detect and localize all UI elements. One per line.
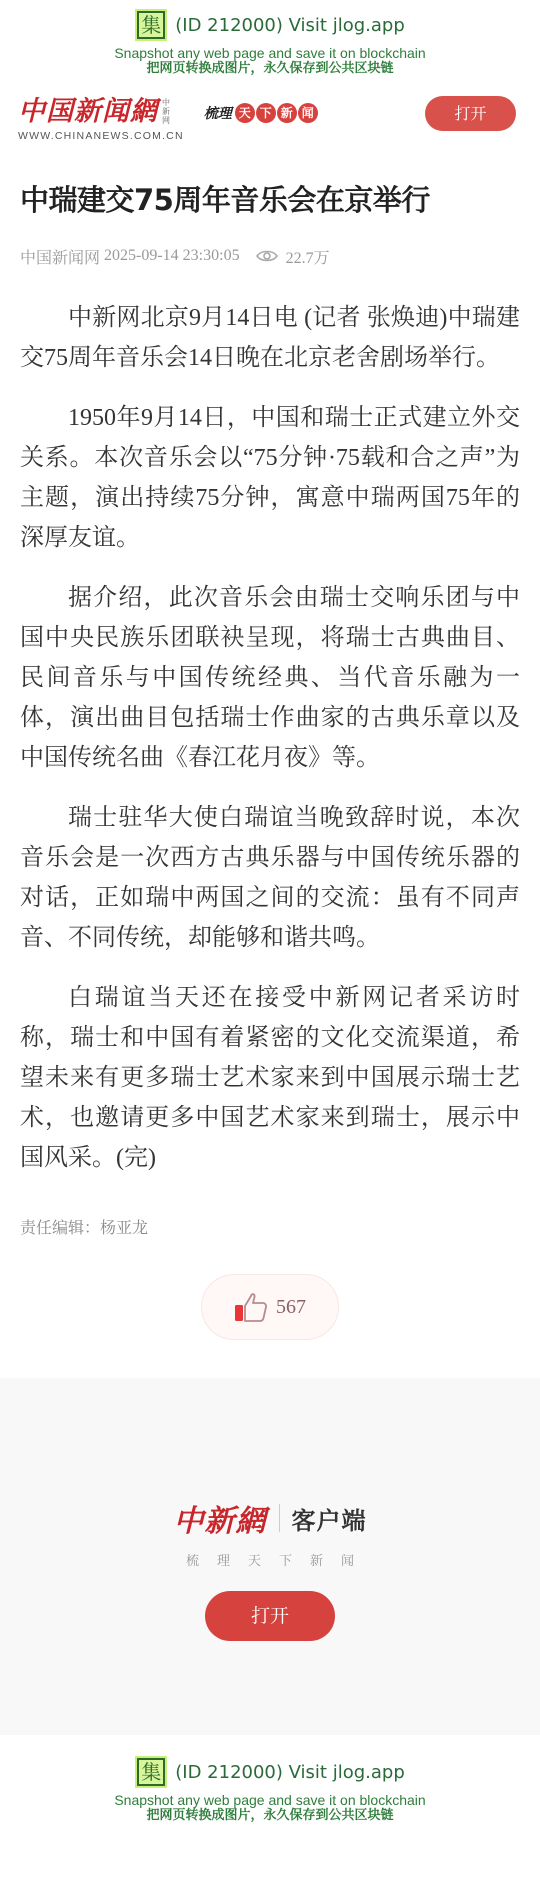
jlog-subtitle-zh: 把网页转换成图片，永久保存到公共区块链: [0, 61, 540, 77]
like-count: 567: [276, 1296, 306, 1319]
open-app-button-header[interactable]: 打开: [425, 96, 516, 131]
jlog-subtitle-en: Snapshot any web page and save it on blo…: [0, 46, 540, 61]
responsible-editor: 责任编辑：杨亚龙: [20, 1216, 520, 1240]
like-button[interactable]: 567: [201, 1274, 339, 1340]
promo-slogan: 梳理天下新闻: [168, 1550, 372, 1569]
article-paragraph: 白瑞谊当天还在接受中新网记者采访时称，瑞士和中国有着紧密的文化交流渠道，希望未来…: [20, 978, 520, 1178]
promo-client-label: 客户端: [292, 1501, 367, 1536]
jlog-subtitle-en: Snapshot any web page and save it on blo…: [0, 1793, 540, 1808]
article-paragraph: 瑞士驻华大使白瑞谊当晚致辞时说，本次音乐会是一次西方古典乐器与中国传统乐器的对话…: [20, 798, 520, 958]
article-source: 中国新闻网: [20, 245, 100, 268]
open-app-button-promo[interactable]: 打开: [205, 1591, 335, 1641]
logo-vertical-text: 中新网: [162, 98, 172, 125]
logo-text: 中国新闻網: [18, 96, 158, 128]
eye-icon: [256, 249, 278, 263]
jlog-title-link[interactable]: (ID 212000) Visit jlog.app: [175, 1762, 405, 1783]
app-promo-logo: 中新網 客户端: [174, 1496, 367, 1540]
jlog-title-link[interactable]: (ID 212000) Visit jlog.app: [175, 15, 405, 36]
slogan-circle: 天: [235, 103, 255, 123]
thumbs-up-icon: [234, 1292, 268, 1322]
header-slogan: 梳理 天 下 新 闻: [204, 103, 318, 123]
site-header: 中国新闻網 中新网 WWW.CHINANEWS.COM.CN 梳理 天 下 新 …: [0, 84, 540, 154]
slogan-circle: 闻: [298, 103, 318, 123]
article-paragraph: 据介绍，此次音乐会由瑞士交响乐团与中国中央民族乐团联袂呈现，将瑞士古典曲目、民间…: [20, 578, 520, 778]
jlog-badge-icon: 集: [135, 1756, 167, 1788]
article-body: 中新网北京9月14日电 (记者 张焕迪)中瑞建交75周年音乐会14日晚在北京老舍…: [20, 298, 520, 1178]
jlog-badge-icon: 集: [135, 9, 167, 41]
article-datetime: 2025-09-14 23:30:05: [104, 247, 240, 265]
article-title: 中瑞建交75周年音乐会在京举行: [20, 180, 520, 220]
jlog-banner-bottom: 集 (ID 212000) Visit jlog.app Snapshot an…: [0, 1735, 540, 1841]
article: 中瑞建交75周年音乐会在京举行 中国新闻网 2025-09-14 23:30:0…: [0, 180, 540, 1340]
slogan-circle: 下: [256, 103, 276, 123]
article-paragraph: 中新网北京9月14日电 (记者 张焕迪)中瑞建交75周年音乐会14日晚在北京老舍…: [20, 298, 520, 378]
app-promo-section: 中新網 客户端 梳理天下新闻 打开: [0, 1378, 540, 1735]
jlog-banner-top: 集 (ID 212000) Visit jlog.app Snapshot an…: [0, 0, 540, 84]
slogan-circle: 新: [277, 103, 297, 123]
jlog-subtitle-zh: 把网页转换成图片，永久保存到公共区块链: [0, 1808, 540, 1824]
view-count: 22.7万: [286, 245, 330, 268]
divider: [279, 1504, 280, 1532]
article-meta: 中国新闻网 2025-09-14 23:30:05 22.7万: [20, 244, 520, 268]
article-paragraph: 1950年9月14日，中国和瑞士正式建立外交关系。本次音乐会以“75分钟·75载…: [20, 398, 520, 558]
logo-url: WWW.CHINANEWS.COM.CN: [18, 130, 184, 142]
promo-brand: 中新網: [174, 1496, 267, 1540]
chinanews-logo[interactable]: 中国新闻網 中新网 WWW.CHINANEWS.COM.CN: [18, 96, 184, 142]
